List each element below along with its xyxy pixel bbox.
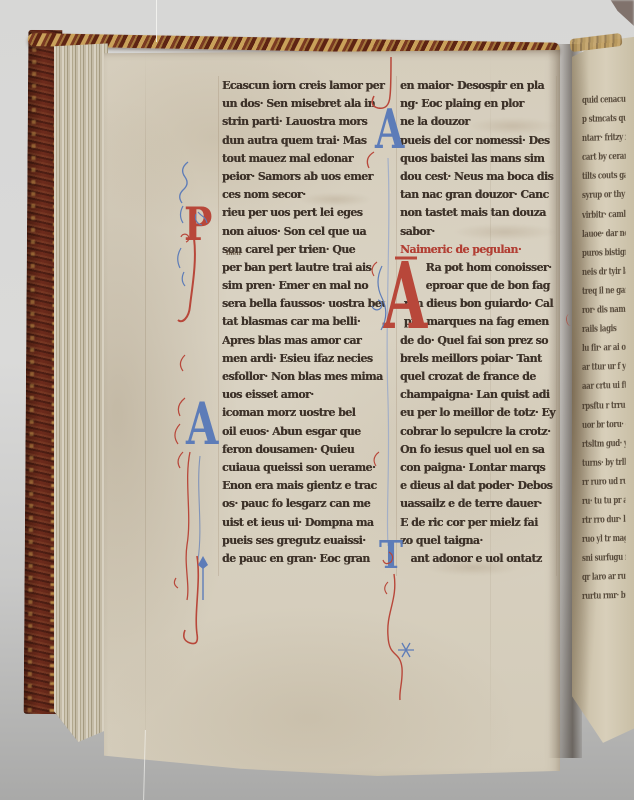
- fore-edge-line: rurtu rmr· br mrtr er: [582, 587, 626, 607]
- text-line: sera bella faussos· uostra beu: [222, 294, 385, 312]
- fore-edge-line: quid cenacua apr: [582, 91, 626, 111]
- text-line: tan nac gran douzor· Canc: [400, 185, 558, 203]
- text-line: de do· Quel fai son prez so: [400, 331, 558, 349]
- text-line: non aiuos· Son cel que ua: [222, 222, 385, 240]
- left-text-column: Ecascun iorn creis lamor perun dos· Sen …: [222, 76, 394, 567]
- text-line: men ardi· Esieu ifaz necies: [222, 349, 385, 367]
- text-line: uist et ieus ui· Dompna ma: [222, 513, 385, 531]
- text-line: E de ric cor per mielz fai: [400, 513, 558, 531]
- fore-edge-line: lu fir· ar ai ourre: [582, 339, 626, 359]
- text-line: non tastet mais tan douza: [400, 203, 558, 221]
- text-line: On fo iesus quel uol en sa: [400, 440, 558, 458]
- fore-edge-line: p stmcats qur: [582, 110, 626, 130]
- text-line: eu per lo meillor de totz· Ey: [400, 403, 558, 421]
- text-line: pueis ses gregutz euaissi·: [222, 531, 385, 549]
- page-edge-stack: [54, 42, 108, 742]
- fore-edge-line: rtsltm gud· yl an: [582, 434, 626, 454]
- fore-edge-line: aar crtu ui ftu gu: [582, 377, 626, 397]
- text-line: cobrar lo sepulcre la crotz·: [400, 422, 558, 440]
- text-line: un dos· Sen misebret ala in: [222, 94, 385, 112]
- text-line: champaigna· Lan quist adi: [400, 385, 558, 403]
- text-line: eproar que de bon fag: [400, 276, 558, 294]
- text-line: ng· Eoc plaing en plor: [400, 94, 558, 112]
- text-line: os· pauc fo lesgarz can me: [222, 494, 385, 512]
- text-line: rieu per uos pert lei eges: [222, 203, 385, 221]
- text-line: quel crozat de france de: [400, 367, 558, 385]
- text-line: peior· Samors ab uos emer: [222, 167, 385, 185]
- text-line: Naimeric de pegulan·: [400, 240, 558, 258]
- fore-edge-line: ntarr· fritzy xbl: [582, 129, 626, 149]
- fore-edge-line: virbitr· caml ouos f: [582, 205, 626, 225]
- text-line: strin parti· Lauostra mors: [222, 112, 385, 130]
- text-line: icoman morz uostre bel: [222, 403, 385, 421]
- text-line: ant adonor e uol ontatz: [400, 549, 558, 567]
- text-line: uos eisset amor·: [222, 385, 385, 403]
- text-line: uassailz e de terre dauer·: [400, 494, 558, 512]
- fore-edge-line: ror· dis nam ro cam: [582, 301, 626, 321]
- fore-edge-line: puros bistigna a: [582, 244, 626, 264]
- ruling-line: [218, 76, 219, 576]
- fore-edge-line: rtr rro dur· lai gaffon: [582, 511, 626, 531]
- text-line: son carel per trien· Que: [222, 240, 385, 258]
- fore-edge-line: uor br toru· egos: [582, 415, 626, 435]
- text-line: quos baistei las mans sim: [400, 149, 558, 167]
- text-line: ces nom secor·: [222, 185, 385, 203]
- text-line: per ban pert lautre trai ais: [222, 258, 385, 276]
- fore-edge-line: syrup or thy con lm: [582, 186, 626, 206]
- text-line: esfollor· Non blas mes mima: [222, 367, 385, 385]
- text-line: sim pren· Emer en mal no: [222, 276, 385, 294]
- text-line: dou cest· Neus ma boca dis: [400, 167, 558, 185]
- fore-edge-line: turns· by trll on m: [582, 454, 626, 474]
- text-line: Apres blas mas amor car: [222, 331, 385, 349]
- text-line: pueis del cor nomessi· Des: [400, 131, 558, 149]
- text-line: zo quel taigna·: [400, 531, 558, 549]
- text-line: feron dousamen· Quieu: [222, 440, 385, 458]
- text-line: dun autra quem trai· Mas: [222, 131, 385, 149]
- fore-edge-line: treq il ne ganothar: [582, 282, 626, 302]
- manuscript-photo: Ecascun iorn creis lamor perun dos· Sen …: [0, 0, 634, 800]
- fore-edge-line: sni surfugu mor· ur: [582, 549, 626, 569]
- text-line: en maior· Desospir en pla: [400, 76, 558, 94]
- fore-edge-line: lauoe· dar nem p: [582, 224, 626, 244]
- fore-edge-line: cart by cerar duif o: [582, 148, 626, 168]
- text-line: tat blasmas car ma belli·: [222, 312, 385, 330]
- parchment-crease: [145, 50, 146, 776]
- text-line: oil euos· Abun esgar que: [222, 422, 385, 440]
- fore-edge-line: qr laro ar ruro eftrou: [582, 568, 626, 588]
- ruling-line: [396, 76, 397, 576]
- hanging-thread-top: [156, 0, 157, 42]
- text-line: e dieus al dat poder· Debos: [400, 476, 558, 494]
- text-line: con paigna· Lontar marqs: [400, 458, 558, 476]
- text-line: Ecascun iorn creis lamor per: [222, 76, 385, 94]
- fore-edge-line: ruo yl tr magru·s·wol: [582, 530, 626, 550]
- fore-edge-line: rr ruro ud rur mrt:: [582, 473, 626, 493]
- fore-edge-line: ar ttur ur f ytu ar: [582, 358, 626, 378]
- fore-edge-line: rpsftu r trru pro·es: [582, 396, 626, 416]
- fore-edge-line: neis dr tyir lauro ar: [582, 263, 626, 283]
- text-line: Enon era mais gientz e trac: [222, 476, 385, 494]
- text-line: pro marques na fag emen: [400, 312, 558, 330]
- text-line: de pauc en gran· Eoc gran: [222, 549, 385, 567]
- interlinear-note: bien: [226, 249, 241, 257]
- text-line: brels meillors poiar· Tant: [400, 349, 558, 367]
- fore-edge-text: quid cenacua aprp stmcats qurntarr· frit…: [582, 91, 626, 632]
- text-line: cuiaua queissi son uerame·: [222, 458, 385, 476]
- text-line: ne la douzor: [400, 112, 558, 130]
- text-line: ren dieus bon guiardo· Cal: [400, 294, 558, 312]
- fore-edge-line: tilts couts gar dtm: [582, 167, 626, 187]
- text-line: Ra pot hom conoisser·: [400, 258, 558, 276]
- text-line: tout mauez mal edonar: [222, 149, 385, 167]
- right-text-column: en maior· Desospir en plang· Eoc plaing …: [400, 76, 566, 567]
- fore-edge-line: ru· tu tu pr au· fo: [582, 492, 626, 512]
- fore-edge-line: rails lagis: [582, 320, 626, 340]
- text-line: sabor·: [400, 222, 558, 240]
